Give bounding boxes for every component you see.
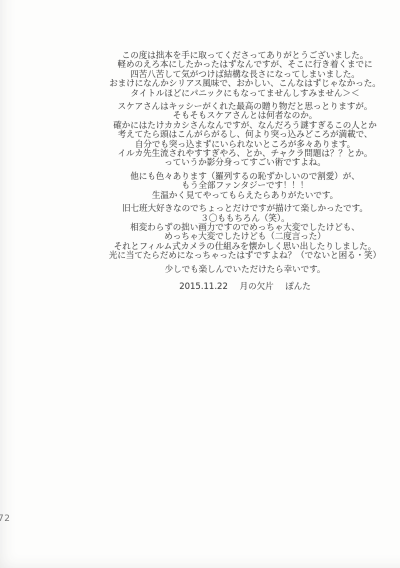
closing-line: 少しでも楽しんでいただけたら幸いです。 bbox=[100, 266, 390, 275]
circle-name: 月の欠片 bbox=[240, 282, 274, 292]
paragraph-character: スケアさんはキッシーがくれた最高の贈り物だと思っとりますが。 そもそもスケアさん… bbox=[100, 103, 390, 169]
paragraph-fantasy: 他にも色々あります（羅列するの恥ずかしいので割愛）が、 もう全部ファンタジーです… bbox=[100, 173, 390, 201]
text-line: 生温かく見てやってもらえたらありがたいです。 bbox=[100, 192, 390, 201]
afterword-text: この度は拙本を手に取ってくださってありがとうございました。 軽めのえろ本にしたか… bbox=[100, 52, 390, 292]
text-line: っていうか影分身ってすごい術ですよね。 bbox=[100, 159, 390, 168]
afterword-page: この度は拙本を手に取ってくださってありがとうございました。 軽めのえろ本にしたか… bbox=[0, 0, 400, 568]
author-name: ぽんた bbox=[285, 282, 311, 292]
colophon: 2015.11.22 月の欠片 ぽんた bbox=[100, 283, 390, 292]
page-number: 72 bbox=[0, 514, 10, 524]
text-line: タイトルほどにパニックにもなってませんしすみません＞＜ bbox=[100, 90, 390, 99]
paragraph-team7: 旧七班大好きなのでちょっとだけですが描けて楽しかったです。 ３〇ももちろん（笑）… bbox=[100, 205, 390, 261]
text-line: 光に当てたらだめになっちゃったはずですよね？（でないと困る・笑） bbox=[100, 252, 390, 261]
paragraph-thanks: この度は拙本を手に取ってくださってありがとうございました。 軽めのえろ本にしたか… bbox=[100, 52, 390, 99]
date: 2015.11.22 bbox=[179, 282, 228, 292]
